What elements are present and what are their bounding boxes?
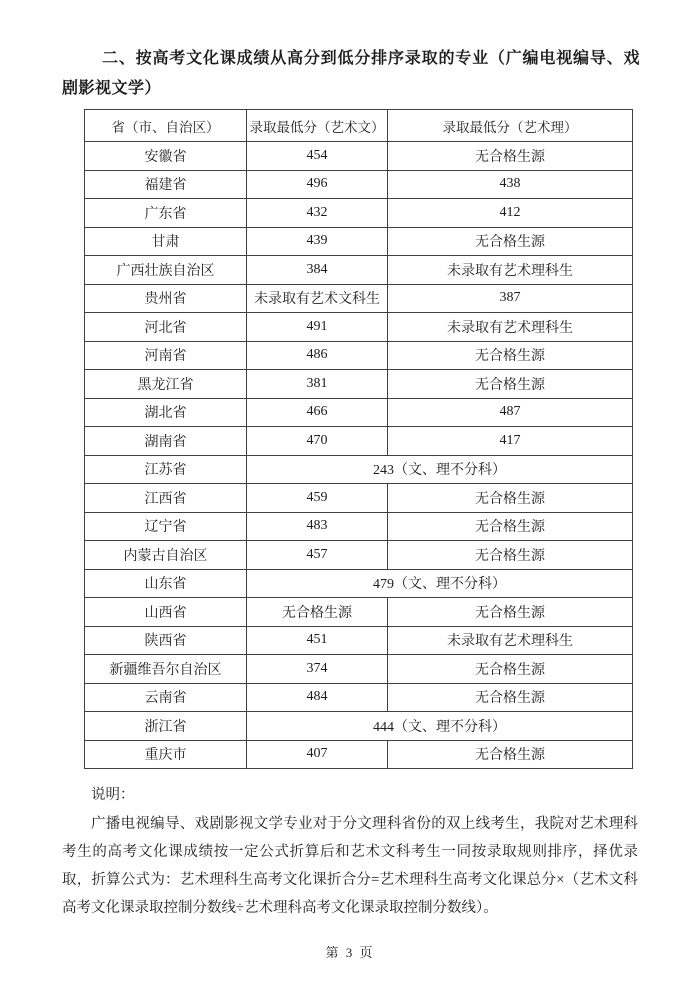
- score-art-li-cell: 412: [388, 199, 633, 228]
- table-row: 河北省491未录取有艺术理科生: [85, 313, 633, 342]
- province-cell: 甘肃: [85, 227, 247, 256]
- table-row: 重庆市407无合格生源: [85, 740, 633, 769]
- table-row: 浙江省444（文、理不分科）: [85, 712, 633, 741]
- table-row: 安徽省454无合格生源: [85, 142, 633, 171]
- province-cell: 黑龙江省: [85, 370, 247, 399]
- province-cell: 河南省: [85, 341, 247, 370]
- admission-score-table: 省（市、自治区） 录取最低分（艺术文） 录取最低分（艺术理） 安徽省454无合格…: [84, 109, 633, 769]
- province-cell: 山东省: [85, 569, 247, 598]
- notes-label: 说明：: [62, 782, 638, 808]
- score-art-li-cell: 无合格生源: [388, 484, 633, 513]
- province-cell: 福建省: [85, 170, 247, 199]
- province-cell: 贵州省: [85, 284, 247, 313]
- score-art-wen-cell: 451: [247, 626, 388, 655]
- table-row: 云南省484无合格生源: [85, 683, 633, 712]
- score-art-li-cell: 未录取有艺术理科生: [388, 313, 633, 342]
- score-art-wen-cell: 483: [247, 512, 388, 541]
- score-art-wen-cell: 486: [247, 341, 388, 370]
- table-row: 甘肃439无合格生源: [85, 227, 633, 256]
- header-min-score-art-li: 录取最低分（艺术理）: [388, 110, 633, 142]
- province-cell: 陕西省: [85, 626, 247, 655]
- province-cell: 湖南省: [85, 427, 247, 456]
- score-art-wen-cell: 454: [247, 142, 388, 171]
- table-row: 山西省无合格生源无合格生源: [85, 598, 633, 627]
- table-row: 陕西省451未录取有艺术理科生: [85, 626, 633, 655]
- score-art-wen-cell: 459: [247, 484, 388, 513]
- score-art-wen-cell: 384: [247, 256, 388, 285]
- score-art-li-cell: 无合格生源: [388, 370, 633, 399]
- score-art-wen-cell: 无合格生源: [247, 598, 388, 627]
- table-row: 山东省479（文、理不分科）: [85, 569, 633, 598]
- province-cell: 河北省: [85, 313, 247, 342]
- table-row: 新疆维吾尔自治区374无合格生源: [85, 655, 633, 684]
- score-art-wen-cell: 381: [247, 370, 388, 399]
- table-row: 内蒙古自治区457无合格生源: [85, 541, 633, 570]
- merged-score-cell: 444（文、理不分科）: [247, 712, 633, 741]
- score-art-wen-cell: 432: [247, 199, 388, 228]
- province-cell: 辽宁省: [85, 512, 247, 541]
- score-art-wen-cell: 496: [247, 170, 388, 199]
- score-art-li-cell: 无合格生源: [388, 341, 633, 370]
- score-art-li-cell: 487: [388, 398, 633, 427]
- table-row: 江苏省243（文、理不分科）: [85, 455, 633, 484]
- table-row: 广东省432412: [85, 199, 633, 228]
- notes-paragraph: 广播电视编导、戏剧影视文学专业对于分文理科省份的双上线考生，我院对艺术理科考生的…: [62, 810, 638, 922]
- page-number: 第 3 页: [0, 942, 700, 961]
- province-cell: 浙江省: [85, 712, 247, 741]
- province-cell: 重庆市: [85, 740, 247, 769]
- score-art-li-cell: 417: [388, 427, 633, 456]
- page-title: 二、按高考文化课成绩从高分到低分排序录取的专业（广编电视编导、戏剧影视文学）: [62, 44, 640, 104]
- score-art-wen-cell: 457: [247, 541, 388, 570]
- header-min-score-art-wen: 录取最低分（艺术文）: [247, 110, 388, 142]
- table-row: 湖北省466487: [85, 398, 633, 427]
- province-cell: 内蒙古自治区: [85, 541, 247, 570]
- table-row: 贵州省未录取有艺术文科生387: [85, 284, 633, 313]
- province-cell: 广东省: [85, 199, 247, 228]
- score-art-li-cell: 无合格生源: [388, 541, 633, 570]
- score-art-li-cell: 387: [388, 284, 633, 313]
- document-page: 二、按高考文化课成绩从高分到低分排序录取的专业（广编电视编导、戏剧影视文学） 省…: [0, 0, 700, 989]
- province-cell: 江苏省: [85, 455, 247, 484]
- score-art-li-cell: 无合格生源: [388, 598, 633, 627]
- score-art-li-cell: 无合格生源: [388, 512, 633, 541]
- province-cell: 江西省: [85, 484, 247, 513]
- score-art-li-cell: 无合格生源: [388, 740, 633, 769]
- score-art-wen-cell: 470: [247, 427, 388, 456]
- score-art-wen-cell: 未录取有艺术文科生: [247, 284, 388, 313]
- table-row: 湖南省470417: [85, 427, 633, 456]
- table-header-row: 省（市、自治区） 录取最低分（艺术文） 录取最低分（艺术理）: [85, 110, 633, 142]
- score-art-li-cell: 未录取有艺术理科生: [388, 256, 633, 285]
- header-province: 省（市、自治区）: [85, 110, 247, 142]
- score-art-wen-cell: 439: [247, 227, 388, 256]
- score-table-body: 安徽省454无合格生源福建省496438广东省432412甘肃439无合格生源广…: [85, 142, 633, 769]
- table-row: 广西壮族自治区384未录取有艺术理科生: [85, 256, 633, 285]
- score-art-li-cell: 无合格生源: [388, 227, 633, 256]
- table-row: 河南省486无合格生源: [85, 341, 633, 370]
- table-row: 福建省496438: [85, 170, 633, 199]
- province-cell: 湖北省: [85, 398, 247, 427]
- score-art-li-cell: 未录取有艺术理科生: [388, 626, 633, 655]
- province-cell: 山西省: [85, 598, 247, 627]
- table-row: 江西省459无合格生源: [85, 484, 633, 513]
- score-art-li-cell: 无合格生源: [388, 142, 633, 171]
- score-art-wen-cell: 374: [247, 655, 388, 684]
- score-art-li-cell: 无合格生源: [388, 683, 633, 712]
- score-art-li-cell: 无合格生源: [388, 655, 633, 684]
- score-art-li-cell: 438: [388, 170, 633, 199]
- score-art-wen-cell: 491: [247, 313, 388, 342]
- merged-score-cell: 479（文、理不分科）: [247, 569, 633, 598]
- score-art-wen-cell: 484: [247, 683, 388, 712]
- province-cell: 新疆维吾尔自治区: [85, 655, 247, 684]
- province-cell: 广西壮族自治区: [85, 256, 247, 285]
- table-row: 辽宁省483无合格生源: [85, 512, 633, 541]
- score-art-wen-cell: 466: [247, 398, 388, 427]
- province-cell: 安徽省: [85, 142, 247, 171]
- province-cell: 云南省: [85, 683, 247, 712]
- merged-score-cell: 243（文、理不分科）: [247, 455, 633, 484]
- score-art-wen-cell: 407: [247, 740, 388, 769]
- table-row: 黑龙江省381无合格生源: [85, 370, 633, 399]
